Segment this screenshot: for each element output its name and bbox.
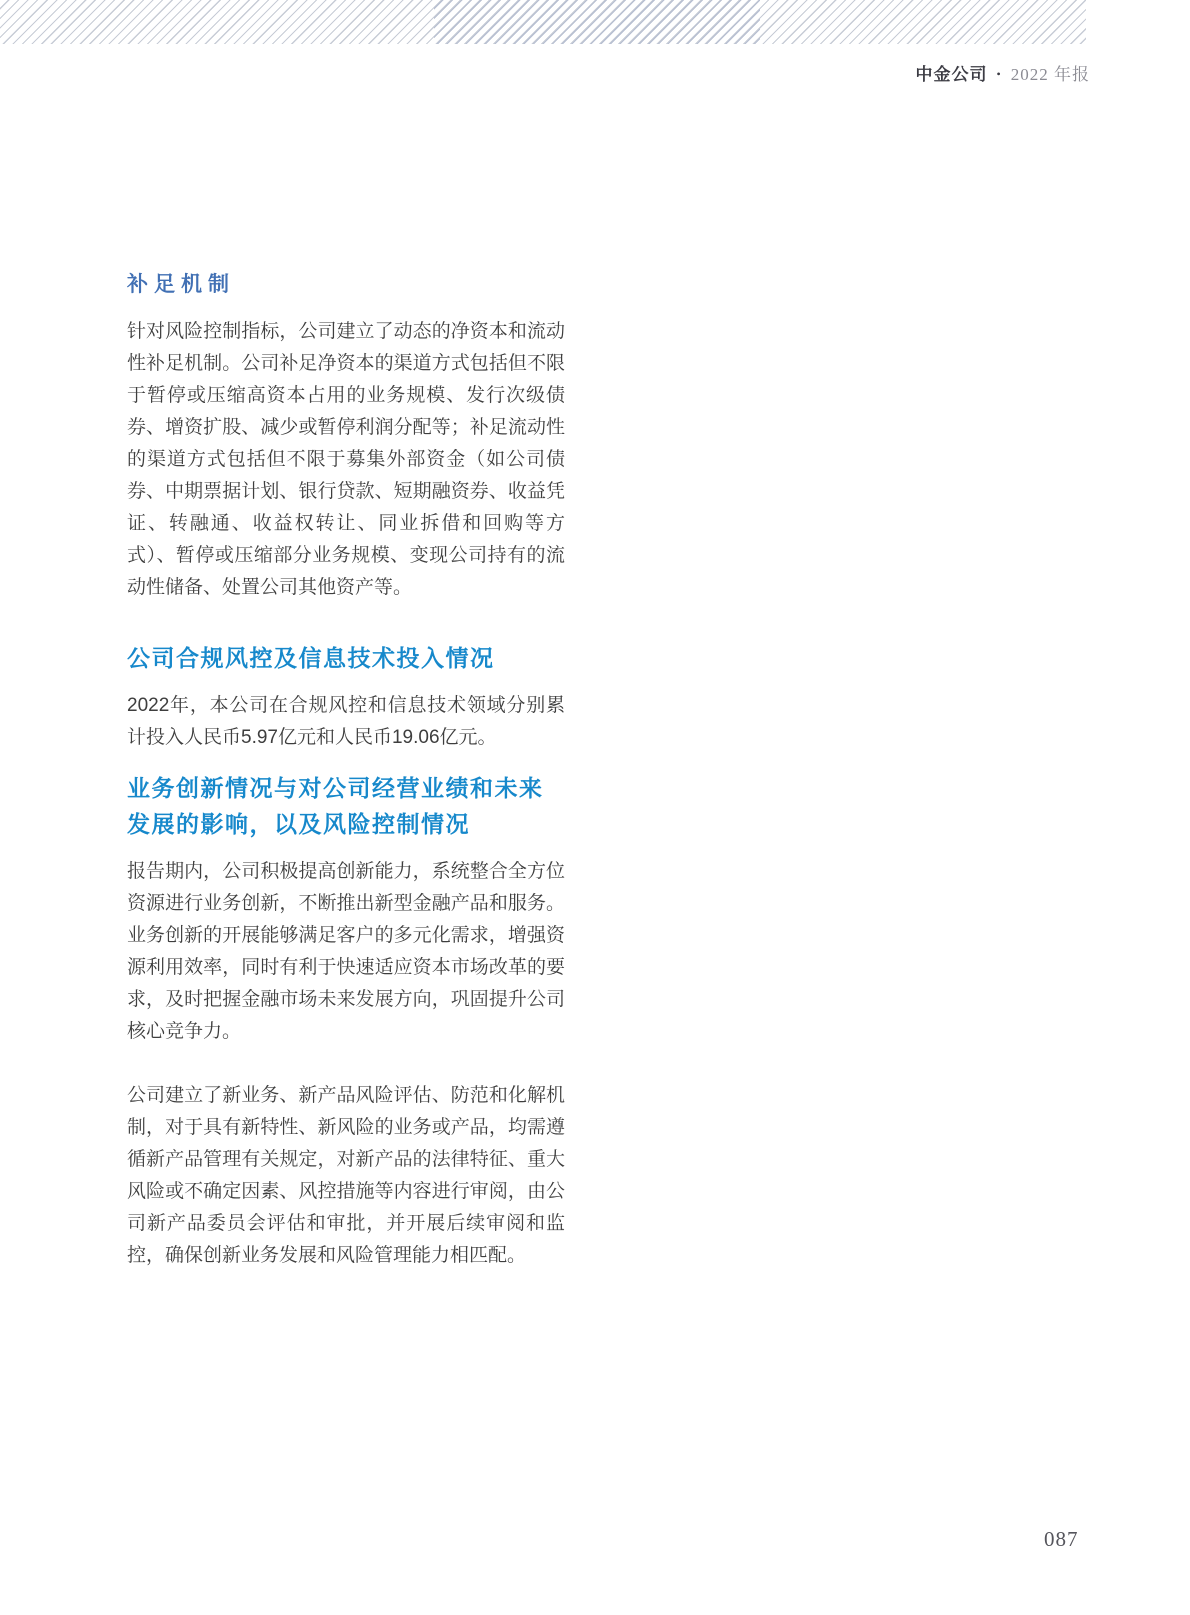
running-header: 中金公司•2022 年报 — [916, 60, 1090, 85]
heading-business-innovation: 业务创新情况与对公司经营业绩和未来发展的影响，以及风险控制情况 — [127, 770, 565, 842]
paragraph-supplement-mechanism: 针对风险控制指标，公司建立了动态的净资本和流动性补足机制。公司补足净资本的渠道方… — [127, 316, 565, 604]
page-number: 087 — [1044, 1527, 1079, 1552]
report-page: 中金公司•2022 年报 补足机制 针对风险控制指标，公司建立了动态的净资本和流… — [0, 0, 1190, 1615]
paragraph-innovation-overview: 报告期内，公司积极提高创新能力，系统整合全方位资源进行业务创新，不断推出新型金融… — [127, 856, 565, 1048]
heading-compliance-it-investment: 公司合规风控及信息技术投入情况 — [127, 640, 565, 676]
decorative-hatch-band — [0, 0, 1086, 44]
paragraph-new-product-risk-mechanism: 公司建立了新业务、新产品风险评估、防范和化解机制，对于具有新特性、新风险的业务或… — [127, 1080, 565, 1272]
paragraph-compliance-it-investment: 2022年，本公司在合规风控和信息技术领域分别累计投入人民币5.97亿元和人民币… — [127, 690, 565, 754]
header-bullet-separator: • — [997, 67, 1002, 81]
text-column: 补足机制 针对风险控制指标，公司建立了动态的净资本和流动性补足机制。公司补足净资… — [127, 270, 565, 1272]
subheading-supplement-mechanism: 补足机制 — [127, 270, 565, 300]
report-edition: 2022 年报 — [1011, 65, 1090, 84]
company-name: 中金公司 — [916, 65, 988, 84]
